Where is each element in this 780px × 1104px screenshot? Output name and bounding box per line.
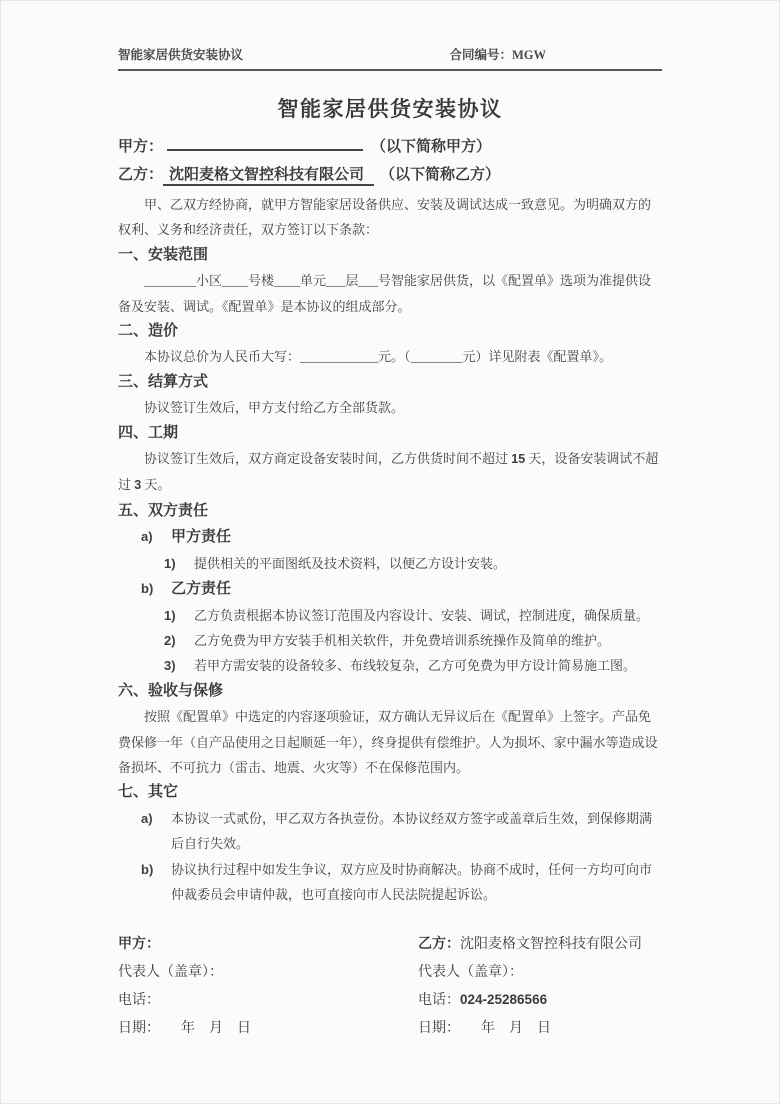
section-heading: 三、结算方式 [118,370,662,395]
section-number: 五、 [118,499,148,524]
party-b-row: 乙方：沈阳麦格文智控科技有限公司（以下简称乙方） [118,161,662,189]
sig-a-phone-row: 电话： [118,986,418,1015]
sig-a-party-row: 甲方： [118,931,418,959]
section-title: 结算方式 [148,374,208,390]
subsection-heading: a)甲方责任 [118,524,662,550]
intro-paragraph: 甲、乙双方经协商，就甲方智能家居设备供应、安装及调试达成一致意见。为明确双方的权… [118,192,662,243]
section-title: 造价 [148,323,178,339]
sig-a-date-label: 日期： [118,1021,153,1036]
section-number: 七、 [118,780,148,805]
running-header: 智能家居供货安装协议 合同编号：MGW [118,48,662,62]
party-a-suffix: （以下简称甲方） [371,139,491,155]
signature-party-b: 乙方：沈阳麦格文智控科技有限公司 代表人（盖章）： 电话：024-2528656… [418,931,662,1042]
subsection-heading: b)乙方责任 [118,576,662,602]
party-a-label: 甲方： [118,139,163,155]
section-number: 四、 [118,421,148,446]
section-paragraph: 协议签订生效后，双方商定设备安装时间，乙方供货时间不超过 15 天，设备安装调试… [118,446,662,499]
subsection-title: 乙方责任 [171,581,231,597]
party-a-blank-line [167,136,363,151]
sig-b-phone-value: 024-25286566 [460,992,547,1007]
section-number: 六、 [118,679,148,704]
subsection-point: 1)乙方负责根据本协议签订范围及内容设计、安装、调试，控制进度，确保质量。 [118,603,662,628]
party-a-row: 甲方：（以下简称甲方） [118,133,662,161]
header-doc-title: 智能家居供货安装协议 [118,48,243,62]
sig-a-party-label: 甲方： [118,937,160,952]
section-title: 安装范围 [148,247,208,263]
sig-b-date-label: 日期： [418,1021,453,1036]
section-paragraph: 协议签订生效后，甲方支付给乙方全部货款。 [118,395,662,420]
point-text: 若甲方需安装的设备较多、布线较复杂，乙方可免费为甲方设计简易施工图。 [194,658,636,673]
point-label: 3) [164,653,194,678]
section-heading: 五、双方责任 [118,499,662,524]
subsection-title: 甲方责任 [171,529,231,545]
sig-b-date-fields: 年 月 日 [453,1021,551,1036]
sig-b-party-value: 沈阳麦格文智控科技有限公司 [460,937,642,952]
point-text: 协议执行过程中如发生争议，双方应及时协商解决。协商不成时，任何一方均可向市仲裁委… [171,862,652,902]
header-rule [118,69,662,71]
point-label: 1) [164,603,194,628]
point-label: b) [141,857,171,882]
sig-b-phone-row: 电话：024-25286566 [418,986,662,1015]
sig-a-date-fields: 年 月 日 [153,1021,251,1036]
section-number: 三、 [118,370,148,395]
party-b-label: 乙方： [118,167,163,183]
signature-block: 甲方： 代表人（盖章）： 电话： 日期： 年 月 日 乙方：沈阳麦格文智控科技有… [118,931,662,1042]
section-heading: 六、验收与保修 [118,679,662,704]
section-heading: 七、其它 [118,780,662,805]
sig-a-date-row: 日期： 年 月 日 [118,1015,418,1043]
party-b-suffix: （以下简称乙方） [380,167,500,183]
point-text: 乙方免费为甲方安装手机相关软件，并免费培训系统操作及简单的维护。 [194,633,610,648]
sig-a-representative-row: 代表人（盖章）： [118,959,418,987]
subsection-point: 1)提供相关的平面图纸及技术资料，以便乙方设计安装。 [118,551,662,576]
subsection-point: 2)乙方免费为甲方安装手机相关软件，并免费培训系统操作及简单的维护。 [118,628,662,653]
subsection-point: 3)若甲方需安装的设备较多、布线较复杂，乙方可免费为甲方设计简易施工图。 [118,653,662,678]
subsection-label: a) [141,524,171,549]
section-paragraph: ________小区____号楼____单元___层___号智能家居供货，以《配… [118,268,662,319]
section-point: b)协议执行过程中如发生争议，双方应及时协商解决。协商不成时，任何一方均可向市仲… [118,857,662,908]
signature-party-a: 甲方： 代表人（盖章）： 电话： 日期： 年 月 日 [118,931,418,1042]
sig-a-phone-label: 电话： [118,993,160,1008]
sig-b-date-row: 日期： 年 月 日 [418,1015,662,1043]
section-number: 一、 [118,243,148,268]
subsection-label: b) [141,576,171,601]
section-title: 双方责任 [148,503,208,519]
point-label: 1) [164,551,194,576]
section-paragraph: 按照《配置单》中选定的内容逐项验证，双方确认无异议后在《配置单》上签字。产品免费… [118,704,662,780]
section-point: a)本协议一式贰份，甲乙双方各执壹份。本协议经双方签字或盖章后生效，到保修期满后… [118,806,662,857]
point-text: 本协议一式贰份，甲乙双方各执壹份。本协议经双方签字或盖章后生效，到保修期满后自行… [171,811,652,851]
sig-b-party-row: 乙方：沈阳麦格文智控科技有限公司 [418,931,662,959]
section-paragraph: 本协议总价为人民币大写：____________元。（________元）详见附… [118,344,662,369]
section-heading: 四、工期 [118,421,662,446]
sig-b-party-label: 乙方： [418,937,460,952]
sections-container: 一、安装范围________小区____号楼____单元___层___号智能家居… [118,243,662,908]
party-b-company-name: 沈阳麦格文智控科技有限公司 [163,167,374,186]
point-label: 2) [164,628,194,653]
sig-b-phone-label: 电话： [418,993,460,1008]
section-heading: 一、安装范围 [118,243,662,268]
document-title: 智能家居供货安装协议 [118,94,662,124]
document-body: 甲、乙双方经协商，就甲方智能家居设备供应、安装及调试达成一致意见。为明确双方的权… [118,192,662,907]
section-heading: 二、造价 [118,319,662,344]
point-text: 乙方负责根据本协议签订范围及内容设计、安装、调试，控制进度，确保质量。 [194,608,649,623]
section-title: 工期 [148,425,178,441]
point-text: 提供相关的平面图纸及技术资料，以便乙方设计安装。 [194,556,506,571]
section-number: 二、 [118,319,148,344]
point-label: a) [141,806,171,831]
contract-document-page: 智能家居供货安装协议 合同编号：MGW 智能家居供货安装协议 甲方：（以下简称甲… [0,0,780,1104]
sig-b-representative-row: 代表人（盖章）： [418,959,662,987]
header-contract-number: 合同编号：MGW [449,48,546,62]
section-title: 验收与保修 [148,683,223,699]
section-title: 其它 [148,784,178,800]
